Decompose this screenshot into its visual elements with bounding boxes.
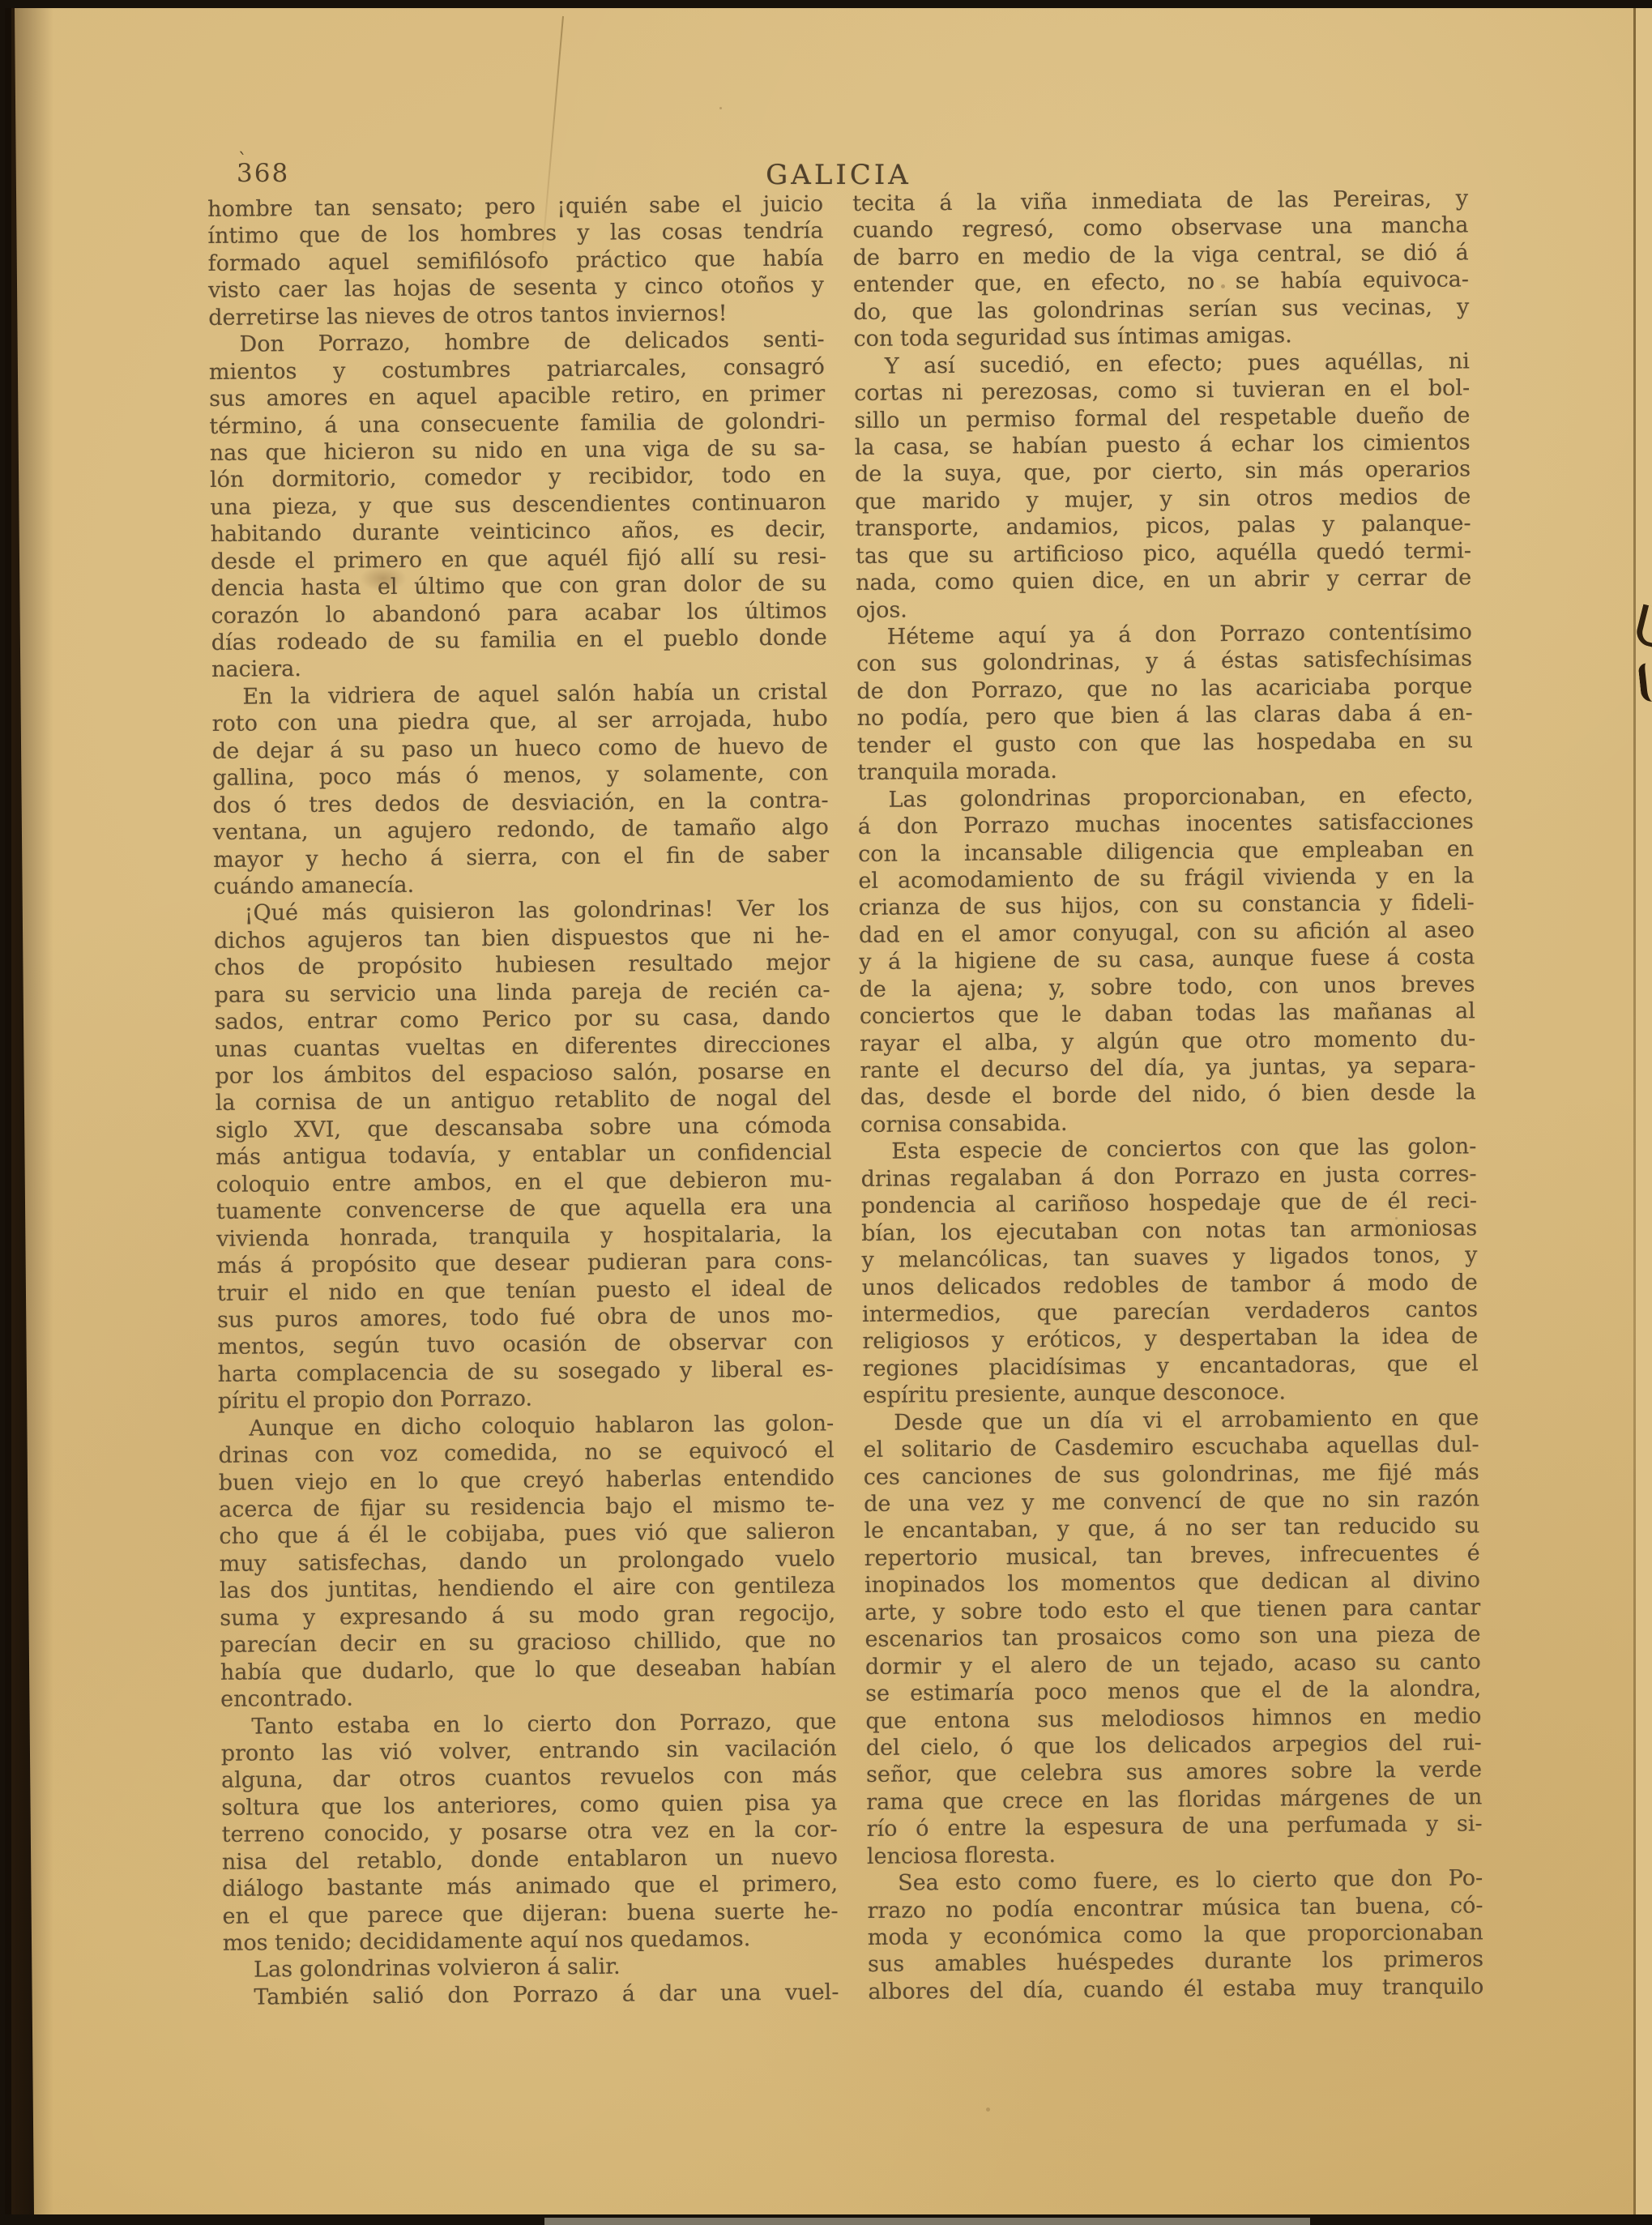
column-left: hombre tan sensato; pero ¡quién sabe el … [207,190,839,2011]
text-line: había que dudarlo, que lo que deseaban h… [220,1654,836,1686]
scanner-bar [544,2218,1310,2225]
running-header-title: GALICIA [766,159,911,191]
paragraph: Don Porrazo, hombre de delicados senti-m… [208,327,827,684]
paragraph: Las golondrinas proporcionaban, en efect… [857,781,1476,1138]
text-line: mayor y hecho á sierra, con el fin de sa… [213,841,829,873]
paragraph: En la vidriera de aquel salón había un c… [211,678,829,900]
text-line: das, desde el borde del nido, ó bien des… [860,1079,1476,1112]
scan-left-edge [5,8,39,2214]
text-line: También salió don Porrazo á dar una vuel… [223,1979,839,2011]
text-line: do, que las golondrinas serían sus vecin… [853,293,1469,326]
text-line: regiones placidísimas y encantadoras, qu… [863,1350,1479,1382]
page-number: `368 [237,159,289,188]
paragraph: Héteme aquí ya á don Porrazo contentísim… [856,618,1474,786]
paragraph: Esta especie de conciertos con que las g… [860,1134,1479,1410]
paragraph: Desde que un día vi el arrobamiento en q… [863,1404,1483,1870]
text-line: harta complacencia de su sosegado y libe… [218,1356,834,1388]
text-line: visto caer las hojas de sesenta y cinco … [208,272,824,305]
text-line: albores del día, cuando él estaba muy tr… [868,1973,1483,2005]
paragraph: Y así sucedió, en efecto; pues aquéllas,… [854,348,1472,624]
text-line: tender el gusto con que las hospedaba en… [857,727,1473,759]
paragraph: ¡Qué más quisieron las golondrinas! Ver … [214,895,835,1416]
paragraph: Sea esto como fuere, es lo cierto que do… [867,1864,1483,2005]
column-right: tecita á la viña inmediata de las Pereir… [852,185,1484,2005]
paragraph: También salió don Porrazo á dar una vuel… [223,1979,839,2011]
body-text: hombre tan sensato; pero ¡quién sabe el … [207,185,1483,2011]
paragraph: Aunque en dicho coloquio hablaron las go… [218,1410,836,1713]
paragraph: hombre tan sensato; pero ¡quién sabe el … [207,190,824,331]
text-line: nada, como quien dice, en un abrir y cer… [856,565,1471,597]
text-line: río ó entre la espesura de una perfumada… [866,1811,1482,1843]
paper-specks [5,8,7,11]
paragraph: tecita á la viña inmediata de las Pereir… [852,185,1470,352]
paragraph: Tanto estaba en lo cierto don Porrazo, q… [220,1708,839,1958]
adjacent-page-sliver [1636,8,1652,2214]
print-artifact: ` [238,151,249,171]
